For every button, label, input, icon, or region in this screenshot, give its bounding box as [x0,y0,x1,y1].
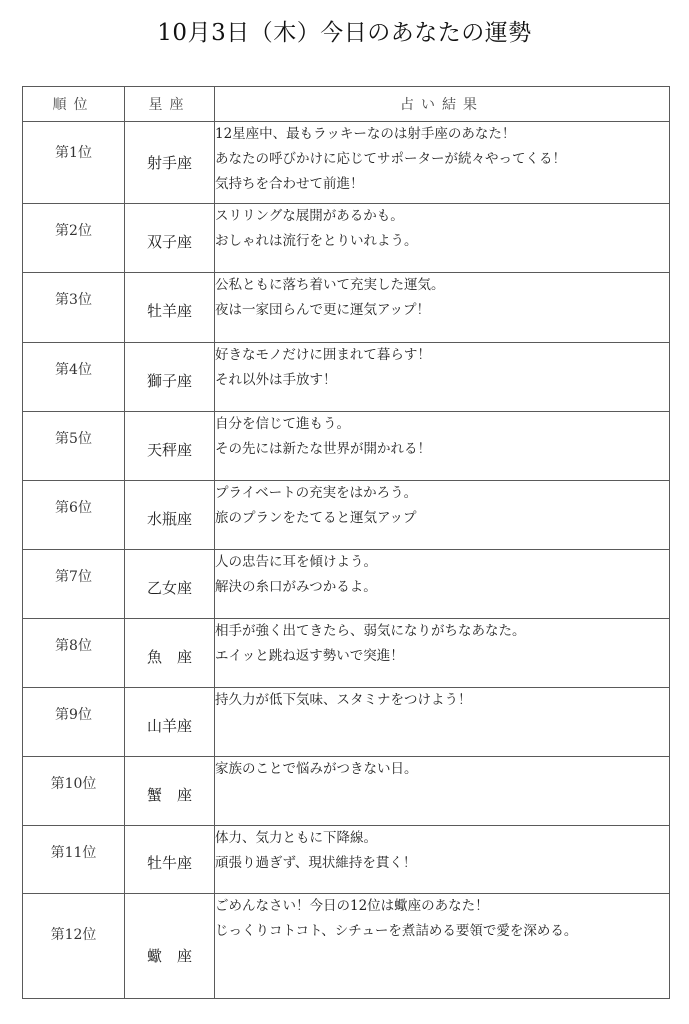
fortune-line: あなたの呼びかけに応じてサポーターが続々やってくる！ [215,147,669,172]
table-row: 第4位獅子座好きなモノだけに囲まれて暮らす！それ以外は手放す！ [23,343,670,412]
zodiac-cell: 双子座 [125,204,215,273]
zodiac-cell: 水瓶座 [125,481,215,550]
zodiac-sign: 蟹 座 [125,778,214,805]
rank-cell: 第8位 [23,619,125,688]
fortune-line: 自分を信じて進もう。 [215,412,669,437]
fortune-line: プライベートの充実をはかろう。 [215,481,669,506]
header-fortune: 占い結果 [215,87,670,122]
table-row: 第9位山羊座持久力が低下気味、スタミナをつけよう！ [23,688,670,757]
page-title: 10月3日（木）今日のあなたの運勢 [0,14,689,47]
zodiac-cell: 天秤座 [125,412,215,481]
rank-cell: 第2位 [23,204,125,273]
rank-cell: 第6位 [23,481,125,550]
header-sign: 星座 [125,87,215,122]
zodiac-sign: 獅子座 [125,364,214,391]
fortune-line: おしゃれは流行をとりいれよう。 [215,229,669,254]
fortune-line: じっくりコトコト、シチューを煮詰める要領で愛を深める。 [215,919,669,944]
fortune-line: 気持ちを合わせて前進！ [215,172,669,197]
zodiac-sign: 牡羊座 [125,294,214,321]
table-row: 第6位水瓶座プライベートの充実をはかろう。旅のプランをたてると運気アップ [23,481,670,550]
table-row: 第8位魚 座相手が強く出てきたら、弱気になりがちなあなた。エイッと跳ね返す勢いで… [23,619,670,688]
rank-cell: 第9位 [23,688,125,757]
rank-label: 第12位 [23,894,124,944]
zodiac-cell: 乙女座 [125,550,215,619]
rank-label: 第4位 [23,343,124,379]
table-row: 第11位牡牛座体力、気力ともに下降線。頑張り過ぎず、現状維持を貫く！ [23,826,670,894]
fortune-cell: 持久力が低下気味、スタミナをつけよう！ [215,688,670,757]
rank-label: 第2位 [23,204,124,240]
rank-cell: 第10位 [23,757,125,826]
table-row: 第12位蠍 座ごめんなさい！今日の12位は蠍座のあなた！じっくりコトコト、シチュ… [23,894,670,999]
rank-label: 第7位 [23,550,124,586]
zodiac-sign: 水瓶座 [125,502,214,529]
zodiac-cell: 獅子座 [125,343,215,412]
zodiac-cell: 牡牛座 [125,826,215,894]
zodiac-cell: 蟹 座 [125,757,215,826]
table-row: 第10位蟹 座家族のことで悩みがつきない日。 [23,757,670,826]
fortune-line: ごめんなさい！今日の12位は蠍座のあなた！ [215,894,669,919]
zodiac-sign: 乙女座 [125,571,214,598]
rank-cell: 第3位 [23,273,125,343]
fortune-line: 家族のことで悩みがつきない日。 [215,757,669,782]
fortune-line: 12星座中、最もラッキーなのは射手座のあなた！ [215,122,669,147]
fortune-line: 体力、気力ともに下降線。 [215,826,669,851]
zodiac-cell: 蠍 座 [125,894,215,999]
fortune-line: 好きなモノだけに囲まれて暮らす！ [215,343,669,368]
fortune-line: スリリングな展開があるかも。 [215,204,669,229]
zodiac-sign: 山羊座 [125,709,214,736]
table-row: 第7位乙女座人の忠告に耳を傾けよう。解決の糸口がみつかるよ。 [23,550,670,619]
zodiac-cell: 射手座 [125,122,215,204]
header-rank: 順位 [23,87,125,122]
rank-cell: 第4位 [23,343,125,412]
rank-cell: 第1位 [23,122,125,204]
table-row: 第1位射手座12星座中、最もラッキーなのは射手座のあなた！あなたの呼びかけに応じ… [23,122,670,204]
zodiac-sign: 牡牛座 [125,846,214,873]
rank-cell: 第11位 [23,826,125,894]
fortune-cell: 人の忠告に耳を傾けよう。解決の糸口がみつかるよ。 [215,550,670,619]
fortune-cell: 相手が強く出てきたら、弱気になりがちなあなた。エイッと跳ね返す勢いで突進！ [215,619,670,688]
rank-label: 第9位 [23,688,124,724]
fortune-cell: 体力、気力ともに下降線。頑張り過ぎず、現状維持を貫く！ [215,826,670,894]
fortune-cell: 家族のことで悩みがつきない日。 [215,757,670,826]
fortune-line: その先には新たな世界が開かれる！ [215,437,669,462]
fortune-line: 解決の糸口がみつかるよ。 [215,575,669,600]
zodiac-cell: 牡羊座 [125,273,215,343]
fortune-line: 夜は一家団らんで更に運気アップ！ [215,298,669,323]
rank-label: 第11位 [23,826,124,862]
table-row: 第2位双子座スリリングな展開があるかも。おしゃれは流行をとりいれよう。 [23,204,670,273]
fortune-cell: 好きなモノだけに囲まれて暮らす！それ以外は手放す！ [215,343,670,412]
fortune-cell: プライベートの充実をはかろう。旅のプランをたてると運気アップ [215,481,670,550]
fortune-line: エイッと跳ね返す勢いで突進！ [215,644,669,669]
rank-cell: 第5位 [23,412,125,481]
rank-label: 第1位 [23,122,124,162]
zodiac-sign: 双子座 [125,225,214,252]
zodiac-sign: 天秤座 [125,433,214,460]
table-row: 第3位牡羊座公私ともに落ち着いて充実した運気。夜は一家団らんで更に運気アップ！ [23,273,670,343]
fortune-cell: ごめんなさい！今日の12位は蠍座のあなた！じっくりコトコト、シチューを煮詰める要… [215,894,670,999]
rank-label: 第6位 [23,481,124,517]
rank-label: 第8位 [23,619,124,655]
fortune-table: 順位 星座 占い結果 第1位射手座12星座中、最もラッキーなのは射手座のあなた！… [22,86,670,999]
fortune-line: 相手が強く出てきたら、弱気になりがちなあなた。 [215,619,669,644]
fortune-cell: スリリングな展開があるかも。おしゃれは流行をとりいれよう。 [215,204,670,273]
zodiac-cell: 魚 座 [125,619,215,688]
zodiac-sign: 魚 座 [125,640,214,667]
rank-label: 第5位 [23,412,124,448]
rank-cell: 第7位 [23,550,125,619]
zodiac-sign: 射手座 [125,152,214,173]
fortune-line: 頑張り過ぎず、現状維持を貫く！ [215,851,669,876]
fortune-cell: 公私ともに落ち着いて充実した運気。夜は一家団らんで更に運気アップ！ [215,273,670,343]
fortune-line: それ以外は手放す！ [215,368,669,393]
rank-label: 第3位 [23,273,124,309]
fortune-line: 人の忠告に耳を傾けよう。 [215,550,669,575]
fortune-line: 持久力が低下気味、スタミナをつけよう！ [215,688,669,713]
fortune-line: 旅のプランをたてると運気アップ [215,506,669,531]
zodiac-cell: 山羊座 [125,688,215,757]
rank-label: 第10位 [23,757,124,793]
fortune-cell: 12星座中、最もラッキーなのは射手座のあなた！あなたの呼びかけに応じてサポーター… [215,122,670,204]
table-header-row: 順位 星座 占い結果 [23,87,670,122]
zodiac-sign: 蠍 座 [125,927,214,966]
rank-cell: 第12位 [23,894,125,999]
fortune-cell: 自分を信じて進もう。その先には新たな世界が開かれる！ [215,412,670,481]
table-row: 第5位天秤座自分を信じて進もう。その先には新たな世界が開かれる！ [23,412,670,481]
fortune-line: 公私ともに落ち着いて充実した運気。 [215,273,669,298]
